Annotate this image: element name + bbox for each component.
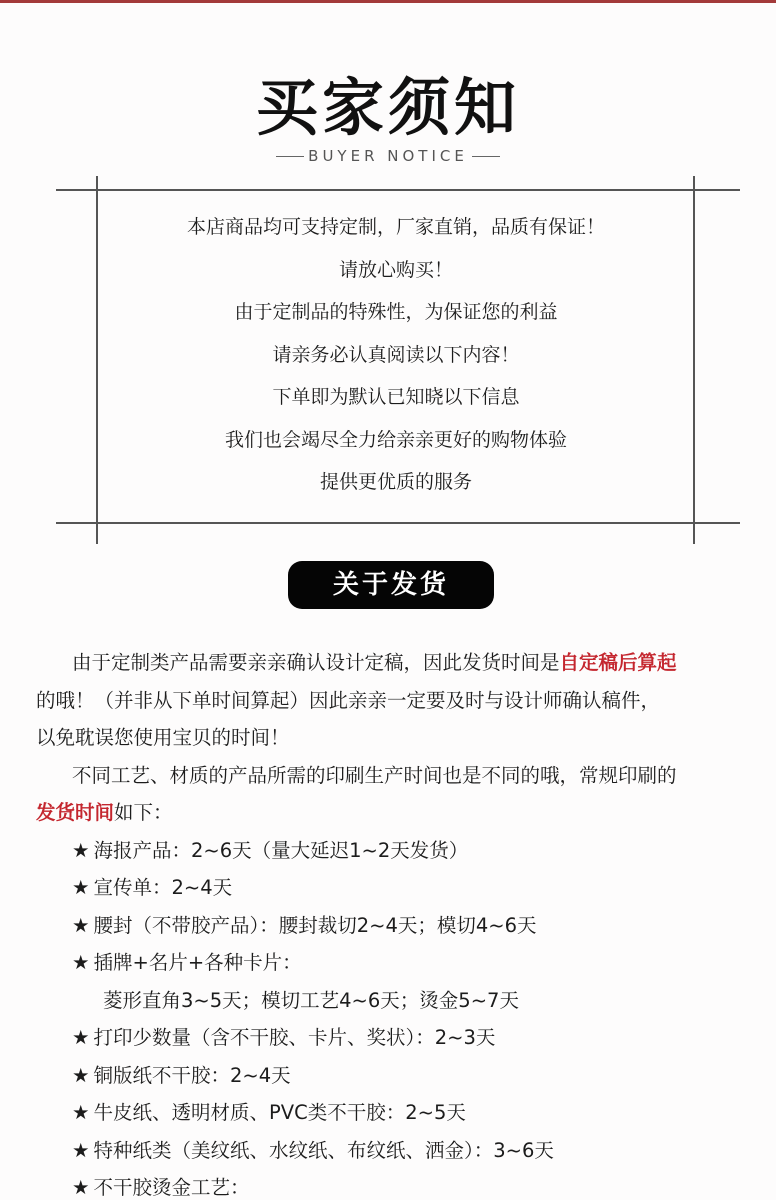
shipping-item: ★海报产品：2~6天（量大延迟1~2天发货）	[36, 832, 756, 870]
highlight-text: 自定稿后算起	[560, 651, 677, 674]
shipping-item-text: 打印少数量（含不干胶、卡片、奖状）：2~3天	[93, 1026, 495, 1049]
page-subtitle: BUYER NOTICE	[0, 146, 776, 166]
shipping-item-text: 插牌+名片+各种卡片：	[93, 951, 301, 974]
notice-line: 请亲务必认真阅读以下内容！	[98, 334, 694, 377]
paragraph-1-line-1: 由于定制类产品需要亲亲确认设计定稿，因此发货时间是自定稿后算起	[36, 644, 756, 682]
frame-bottom-line	[56, 522, 740, 524]
paragraph-text: 如下：	[114, 801, 173, 824]
star-icon: ★	[72, 1064, 89, 1087]
shipping-content: 由于定制类产品需要亲亲确认设计定稿，因此发货时间是自定稿后算起 的哦！（并非从下…	[36, 644, 756, 1200]
star-icon: ★	[72, 951, 89, 974]
shipping-item: ★铜版纸不干胶：2~4天	[36, 1057, 756, 1095]
shipping-item-text: 特种纸类（美纹纸、水纹纸、布纹纸、洒金）：3~6天	[93, 1139, 553, 1162]
section-title-shipping: 关于发货	[288, 561, 494, 609]
paragraph-text: 由于定制类产品需要亲亲确认设计定稿，因此发货时间是	[72, 651, 560, 674]
star-icon: ★	[72, 914, 89, 937]
paragraph-2-line-1: 不同工艺、材质的产品所需的印刷生产时间也是不同的哦，常规印刷的	[36, 757, 756, 795]
shipping-item: ★打印少数量（含不干胶、卡片、奖状）：2~3天	[36, 1019, 756, 1057]
shipping-item: ★宣传单：2~4天	[36, 869, 756, 907]
shipping-item: ★腰封（不带胶产品）：腰封裁切2~4天；模切4~6天	[36, 907, 756, 945]
star-icon: ★	[72, 1101, 89, 1124]
subtitle-dash-left	[276, 156, 304, 157]
notice-line: 请放心购买！	[98, 249, 694, 292]
shipping-item-text: 铜版纸不干胶：2~4天	[93, 1064, 290, 1087]
shipping-item-text: 宣传单：2~4天	[93, 876, 232, 899]
shipping-item-text: 腰封（不带胶产品）：腰封裁切2~4天；模切4~6天	[93, 914, 536, 937]
frame-top-line	[56, 189, 740, 191]
paragraph-2-line-2: 发货时间如下：	[36, 794, 756, 832]
notice-line: 我们也会竭尽全力给亲亲更好的购物体验	[98, 419, 694, 462]
notice-line: 由于定制品的特殊性，为保证您的利益	[98, 291, 694, 334]
shipping-item: ★插牌+名片+各种卡片：	[36, 944, 756, 982]
subtitle-text: BUYER NOTICE	[308, 147, 468, 165]
highlight-text: 发货时间	[36, 801, 114, 824]
top-accent-bar	[0, 0, 776, 3]
star-icon: ★	[72, 1176, 89, 1199]
shipping-item-text: 海报产品：2~6天（量大延迟1~2天发货）	[93, 839, 468, 862]
paragraph-1-line-2: 的哦！（并非从下单时间算起）因此亲亲一定要及时与设计师确认稿件，	[36, 682, 756, 720]
notice-line: 下单即为默认已知晓以下信息	[98, 376, 694, 419]
shipping-item-text: 牛皮纸、透明材质、PVC类不干胶：2~5天	[93, 1101, 465, 1124]
shipping-subitem: 菱形直角3~5天；模切工艺4~6天；烫金5~7天	[36, 982, 756, 1020]
notice-line: 本店商品均可支持定制，厂家直销，品质有保证！	[98, 206, 694, 249]
page-title: 买家须知	[0, 68, 776, 148]
notice-box: 本店商品均可支持定制，厂家直销，品质有保证！ 请放心购买！ 由于定制品的特殊性，…	[98, 206, 694, 504]
paragraph-1-line-3: 以免耽误您使用宝贝的时间！	[36, 719, 756, 757]
shipping-item: ★不干胶烫金工艺：	[36, 1169, 756, 1200]
shipping-item-text: 不干胶烫金工艺：	[93, 1176, 249, 1199]
shipping-item: ★牛皮纸、透明材质、PVC类不干胶：2~5天	[36, 1094, 756, 1132]
star-icon: ★	[72, 1139, 89, 1162]
star-icon: ★	[72, 839, 89, 862]
subtitle-dash-right	[472, 156, 500, 157]
shipping-item: ★特种纸类（美纹纸、水纹纸、布纹纸、洒金）：3~6天	[36, 1132, 756, 1170]
notice-line: 提供更优质的服务	[98, 461, 694, 504]
star-icon: ★	[72, 876, 89, 899]
star-icon: ★	[72, 1026, 89, 1049]
